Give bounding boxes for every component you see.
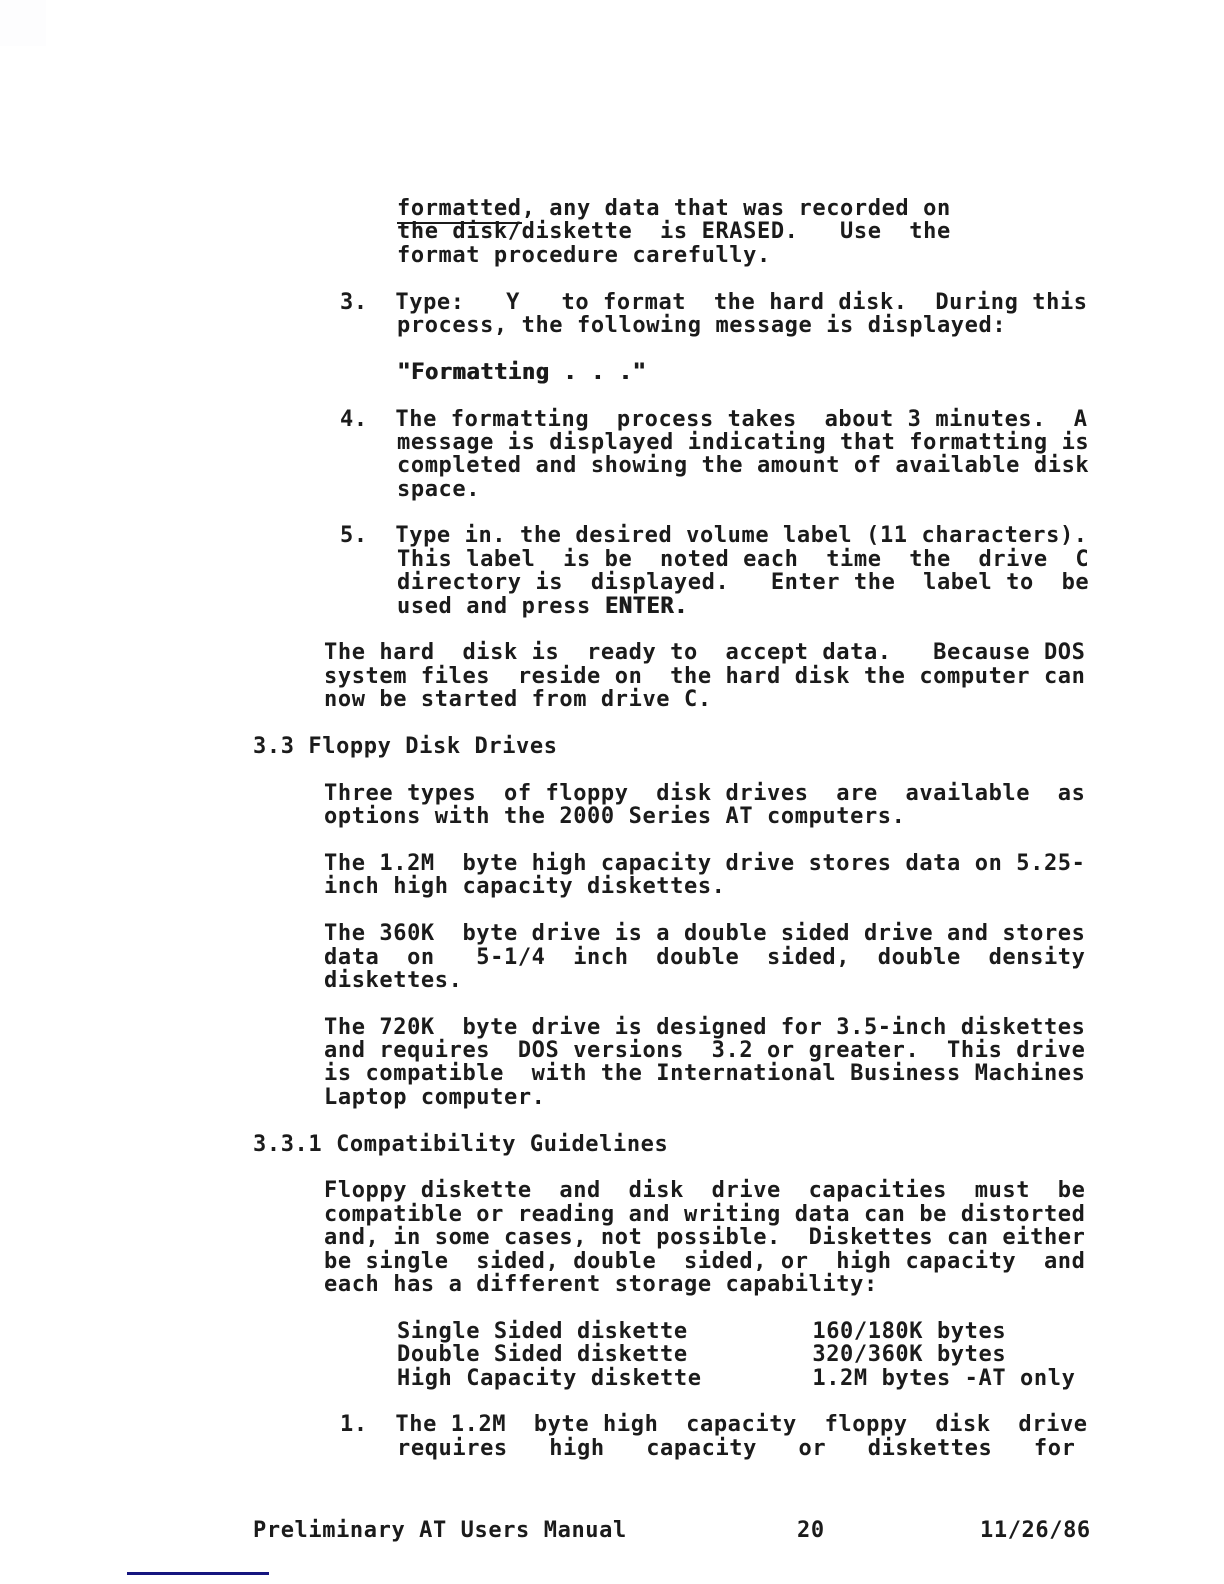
paragraph-line: diskettes. <box>253 969 1173 992</box>
blank-line <box>253 337 1173 360</box>
paragraph-line: each has a different storage capability: <box>253 1273 1173 1296</box>
list-item-line: 3. Type: Y to format the hard disk. Duri… <box>253 291 1173 314</box>
text-segment: , any data that was recorded on <box>522 196 951 221</box>
scanned-manual-page: formatted, any data that was recorded on… <box>0 0 1224 1584</box>
paragraph-line: and, in some cases, not possible. Disket… <box>253 1226 1173 1249</box>
console-message: "Formatting . . ." <box>253 361 1173 384</box>
page-footer: Preliminary AT Users Manual 20 11/26/86 <box>0 1518 1224 1544</box>
blank-line <box>253 384 1173 407</box>
blank-line <box>253 829 1173 852</box>
blank-line <box>253 1156 1173 1179</box>
paragraph-line: is compatible with the International Bus… <box>253 1062 1173 1085</box>
text-segment: each has a different storage capability: <box>324 1272 878 1297</box>
paragraph-line: The 360K byte drive is a double sided dr… <box>253 922 1173 945</box>
paragraph-line: used and press ENTER. <box>253 595 1173 618</box>
text-segment: ENTER. <box>605 594 688 619</box>
blank-line <box>253 618 1173 641</box>
paragraph-line: Three types of floppy disk drives are av… <box>253 782 1173 805</box>
blue-underline-mark <box>127 1572 269 1575</box>
blank-line <box>253 758 1173 781</box>
text-segment: High Capacity diskette 1.2M bytes -AT on… <box>397 1366 1075 1391</box>
list-item-line: 5. Type in. the desired volume label (11… <box>253 524 1173 547</box>
paragraph-line: The 720K byte drive is designed for 3.5-… <box>253 1016 1173 1039</box>
text-segment: compatible or reading and writing data c… <box>324 1202 1085 1227</box>
paragraph-line: inch high capacity diskettes. <box>253 875 1173 898</box>
text-segment: process, the following message is displa… <box>397 313 1006 338</box>
paragraph-line: format procedure carefully. <box>253 244 1173 267</box>
blank-line <box>253 1109 1173 1132</box>
section-heading: 3.3 Floppy Disk Drives <box>253 735 1173 758</box>
paragraph-line: data on 5-1/4 inch double sided, double … <box>253 946 1173 969</box>
list-item-line: 1. The 1.2M byte high capacity floppy di… <box>253 1413 1173 1436</box>
paragraph-line: The hard disk is ready to accept data. B… <box>253 641 1173 664</box>
paragraph-line: This label is be noted each time the dri… <box>253 548 1173 571</box>
text-segment: and requires DOS versions 3.2 or greater… <box>324 1038 1085 1063</box>
text-segment: directory is displayed. Enter the label … <box>397 570 1089 595</box>
list-item-line: 4. The formatting process takes about 3 … <box>253 408 1173 431</box>
paragraph-line: space. <box>253 478 1173 501</box>
text-segment: 4. The formatting process takes about 3 … <box>340 407 1088 432</box>
text-segment: 3.3.1 Compatibility Guidelines <box>253 1132 668 1157</box>
text-segment: The 1.2M byte high capacity drive stores… <box>324 851 1085 876</box>
document-body: formatted, any data that was recorded on… <box>253 197 1173 1460</box>
text-segment: The hard disk is ready to accept data. B… <box>324 640 1085 665</box>
table-row: Double Sided diskette 320/360K bytes <box>253 1343 1173 1366</box>
scan-corner-artifact <box>0 0 46 46</box>
text-segment: now be started from drive C. <box>324 687 712 712</box>
text-segment: requires high capacity or diskettes for <box>397 1436 1075 1461</box>
paragraph-line: The 1.2M byte high capacity drive stores… <box>253 852 1173 875</box>
paragraph-line: system files reside on the hard disk the… <box>253 665 1173 688</box>
text-segment: 3. Type: Y to format the hard disk. Duri… <box>340 290 1088 315</box>
text-segment: 5. Type in. the desired volume label (11… <box>340 523 1088 548</box>
paragraph-line: Floppy diskette and disk drive capacitie… <box>253 1179 1173 1202</box>
text-segment: used and press <box>397 594 605 619</box>
paragraph-line: directory is displayed. Enter the label … <box>253 571 1173 594</box>
paragraph-line: the disk/diskette is ERASED. Use the <box>253 220 1173 243</box>
paragraph-line: options with the 2000 Series AT computer… <box>253 805 1173 828</box>
paragraph-line: formatted, any data that was recorded on <box>253 197 1173 220</box>
text-segment: inch high capacity diskettes. <box>324 874 726 899</box>
footer-date: 11/26/86 <box>980 1518 1091 1543</box>
text-segment: Floppy diskette and disk drive capacitie… <box>324 1178 1085 1203</box>
text-segment: space. <box>397 477 480 502</box>
footer-manual-title: Preliminary AT Users Manual <box>253 1518 627 1543</box>
paragraph-line: be single sided, double sided, or high c… <box>253 1250 1173 1273</box>
paragraph-line: compatible or reading and writing data c… <box>253 1203 1173 1226</box>
table-row: Single Sided diskette 160/180K bytes <box>253 1320 1173 1343</box>
blank-line <box>253 1296 1173 1319</box>
text-segment: Double Sided diskette 320/360K bytes <box>397 1342 1006 1367</box>
text-segment: options with the 2000 Series AT computer… <box>324 804 906 829</box>
text-segment: diskettes. <box>324 968 462 993</box>
text-segment: is compatible with the International Bus… <box>324 1061 1085 1086</box>
blank-line <box>253 992 1173 1015</box>
paragraph-line: process, the following message is displa… <box>253 314 1173 337</box>
text-segment: 3.3 Floppy Disk Drives <box>253 734 558 759</box>
text-segment: and, in some cases, not possible. Disket… <box>324 1225 1085 1250</box>
section-heading: 3.3.1 Compatibility Guidelines <box>253 1133 1173 1156</box>
blank-line <box>253 501 1173 524</box>
text-segment: completed and showing the amount of avai… <box>397 453 1089 478</box>
text-segment: system files reside on the hard disk the… <box>324 664 1085 689</box>
blank-line <box>253 267 1173 290</box>
paragraph-line: completed and showing the amount of avai… <box>253 454 1173 477</box>
paragraph-line: Laptop computer. <box>253 1086 1173 1109</box>
blank-line <box>253 712 1173 735</box>
text-segment: Single Sided diskette 160/180K bytes <box>397 1319 1006 1344</box>
text-segment: This label is be noted each time the dri… <box>397 547 1089 572</box>
text-segment: be single sided, double sided, or high c… <box>324 1249 1085 1274</box>
footer-page-number: 20 <box>797 1518 825 1543</box>
blank-line <box>253 899 1173 922</box>
paragraph-line: message is displayed indicating that for… <box>253 431 1173 454</box>
text-segment: 1. The 1.2M byte high capacity floppy di… <box>340 1412 1088 1437</box>
paragraph-line: now be started from drive C. <box>253 688 1173 711</box>
text-segment: the disk/diskette is ERASED. Use the <box>397 219 951 244</box>
text-segment: "Formatting . . ." <box>397 360 646 385</box>
text-segment: data on 5-1/4 inch double sided, double … <box>324 945 1085 970</box>
text-segment: The 360K byte drive is a double sided dr… <box>324 921 1085 946</box>
blank-line <box>253 1390 1173 1413</box>
table-row: High Capacity diskette 1.2M bytes -AT on… <box>253 1367 1173 1390</box>
text-segment: Three types of floppy disk drives are av… <box>324 781 1085 806</box>
text-segment: Laptop computer. <box>324 1085 546 1110</box>
paragraph-line: and requires DOS versions 3.2 or greater… <box>253 1039 1173 1062</box>
paragraph-line: requires high capacity or diskettes for <box>253 1437 1173 1460</box>
text-segment: message is displayed indicating that for… <box>397 430 1089 455</box>
text-segment: format procedure carefully. <box>397 243 771 268</box>
text-segment: The 720K byte drive is designed for 3.5-… <box>324 1015 1085 1040</box>
